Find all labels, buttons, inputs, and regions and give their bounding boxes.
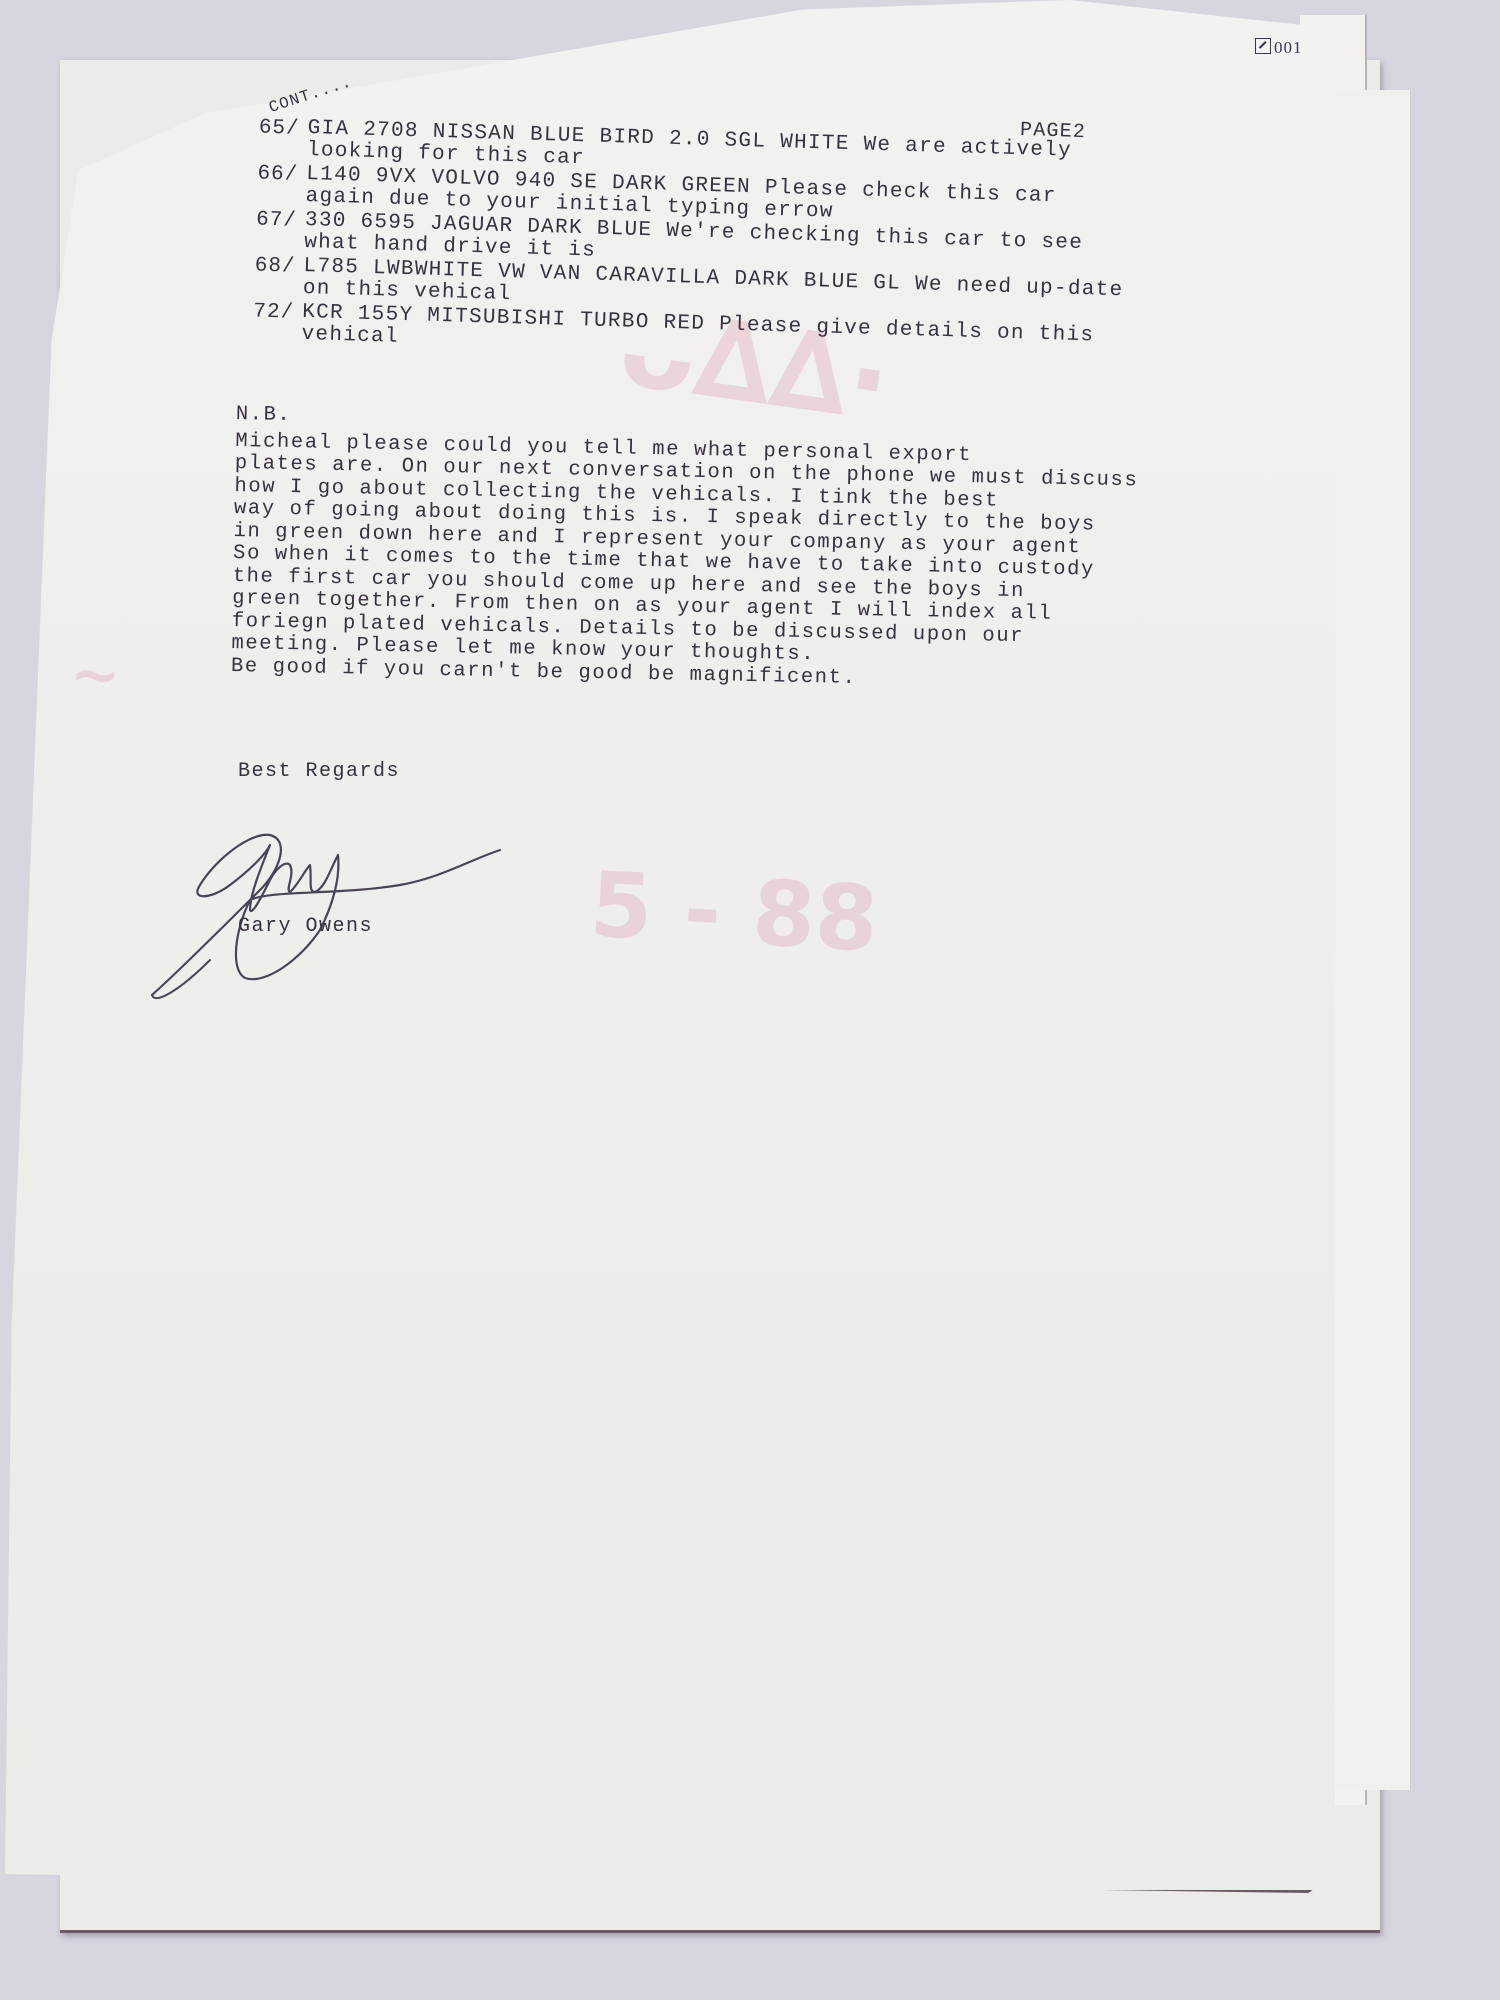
note-block: N.B. Micheal please could you tell me wh… xyxy=(231,404,1140,695)
item-number: 66/ xyxy=(237,162,306,208)
item-number: 67/ xyxy=(236,208,305,254)
item-number: 72/ xyxy=(233,300,302,346)
closing: Best Regards xyxy=(238,762,400,782)
signer-name: Gary Owens xyxy=(238,917,373,937)
vehicle-list: 65/ GIA 2708 NISSAN BLUE BIRD 2.0 SGL WH… xyxy=(233,116,1128,372)
item-number: 65/ xyxy=(239,116,308,162)
fax-stamp-number: 001 xyxy=(1274,38,1303,57)
signature-icon xyxy=(140,800,520,1010)
item-number: 68/ xyxy=(235,254,304,300)
fax-check-icon xyxy=(1255,38,1271,54)
fax-stamp: 001 xyxy=(1255,38,1303,58)
